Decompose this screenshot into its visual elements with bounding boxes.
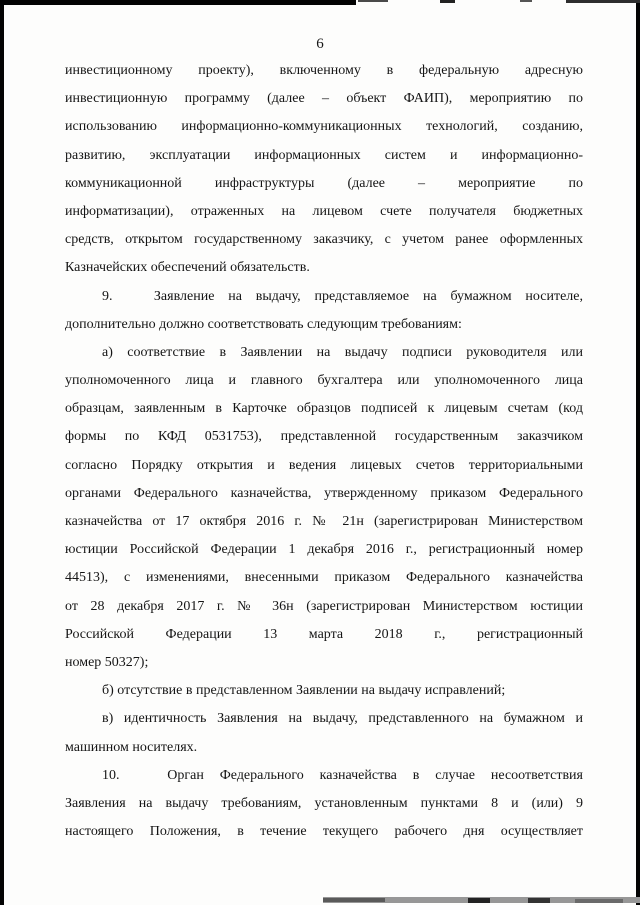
scan-bottom-dash (323, 898, 385, 902)
text-line-8: Казначейских обеспечений обязательств. (65, 254, 583, 282)
text-line-12: уполномоченного лица и главного бухгалте… (65, 367, 583, 395)
text-line-28: настоящего Положения, в течение текущего… (65, 818, 583, 846)
text-line-7: средств, открытом государственному заказ… (65, 226, 583, 254)
text-line-11: а) соответствие в Заявлении на выдачу по… (65, 339, 583, 367)
scan-top-dash (440, 0, 455, 3)
scan-edge-right (636, 0, 640, 905)
text-line-27: Заявления на выдачу требованиям, установ… (65, 790, 583, 818)
text-line-23: б) отсутствие в представленном Заявлении… (65, 677, 583, 705)
text-line-16: органами Федерального казначейства, утве… (65, 480, 583, 508)
text-line-15: согласно Порядку открытия и ведения лице… (65, 452, 583, 480)
page-number: 6 (0, 36, 640, 53)
text-line-17: казначейства от 17 октября 2016 г. № 21н… (65, 508, 583, 536)
text-line-19: 44513), с изменениями, внесенными приказ… (65, 564, 583, 592)
text-line-2: инвестиционную программу (далее – объект… (65, 85, 583, 113)
scan-edge-left (0, 0, 4, 905)
scan-top-dash (566, 0, 640, 3)
scan-top-bar (0, 0, 356, 5)
scan-bottom-dash (468, 898, 490, 903)
scan-bottom-dash (528, 898, 550, 903)
text-line-18: юстиции Российской Федерации 1 декабря 2… (65, 536, 583, 564)
text-line-4: развитию, эксплуатации информационных си… (65, 142, 583, 170)
text-line-10: дополнительно должно соответствовать сле… (65, 311, 583, 339)
text-line-5: коммуникационной инфраструктуры (далее –… (65, 170, 583, 198)
text-line-3: использованию информационно-коммуникацио… (65, 113, 583, 141)
text-line-24: в) идентичность Заявления на выдачу, пре… (65, 705, 583, 733)
text-line-6: информатизации), отраженных на лицевом с… (65, 198, 583, 226)
text-line-26: 10. Орган Федерального казначейства в сл… (65, 762, 583, 790)
text-line-20: от 28 декабря 2017 г. № 36н (зарегистрир… (65, 593, 583, 621)
scan-top-dash (358, 0, 388, 2)
text-line-21: Российской Федерации 13 марта 2018 г., р… (65, 621, 583, 649)
text-line-25: машинном носителях. (65, 734, 583, 762)
text-line-1: инвестиционному проекту), включенному в … (65, 57, 583, 85)
scan-top-dash (520, 0, 532, 2)
text-line-9: 9. Заявление на выдачу, представляемое н… (65, 283, 583, 311)
text-line-14: формы по КФД 0531753), представленной го… (65, 423, 583, 451)
document-body: инвестиционному проекту), включенному в … (65, 57, 583, 846)
document-page: 6 инвестиционному проекту), включенному … (0, 0, 640, 905)
scan-bottom-dash (575, 899, 623, 903)
text-line-13: образцам, заявленным в Карточке образцов… (65, 395, 583, 423)
text-line-22: номер 50327); (65, 649, 583, 677)
